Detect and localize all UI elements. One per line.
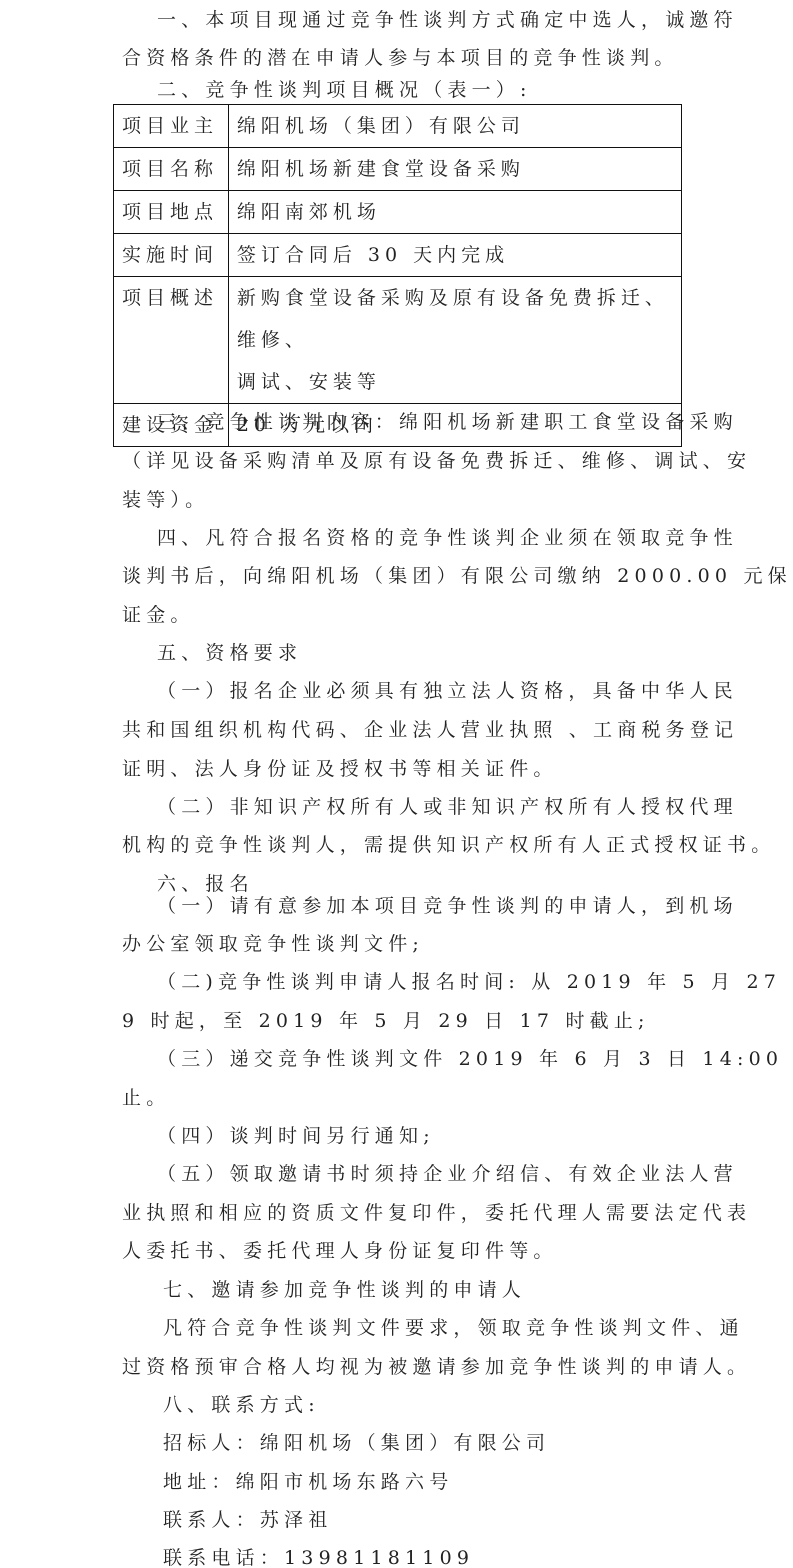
table-value: 新购食堂设备采购及原有设备免费拆迁、维修、 调试、安装等 <box>228 277 681 404</box>
section6-line10: 人委托书、委托代理人身份证复印件等。 <box>122 1239 682 1263</box>
table-value-line2: 调试、安装等 <box>237 361 673 403</box>
project-overview-table: 项目业主 绵阳机场（集团）有限公司 项目名称 绵阳机场新建食堂设备采购 项目地点… <box>113 104 682 447</box>
section6-line8: （五）领取邀请书时须持企业介绍信、有效企业法人营 <box>157 1162 717 1186</box>
contact-person: 联系人：苏泽祖 <box>163 1508 723 1532</box>
section4-line1: 四、凡符合报名资格的竞争性谈判企业须在领取竞争性 <box>157 526 717 550</box>
section3-line2: （详见设备采购清单及原有设备免费拆迁、维修、调试、安 <box>122 449 682 473</box>
section5-line3: 证明、法人身份证及授权书等相关证件。 <box>122 757 682 781</box>
section5-heading: 五、资格要求 <box>157 641 717 665</box>
section5-line4: （二）非知识产权所有人或非知识产权所有人授权代理 <box>157 795 717 819</box>
section6-line6: 止。 <box>122 1086 682 1110</box>
section6-line3: （二)竞争性谈判申请人报名时间: 从 2019 年 5 月 27 日 <box>157 970 717 994</box>
table-value: 绵阳机场（集团）有限公司 <box>228 105 681 148</box>
table-value-line1: 新购食堂设备采购及原有设备免费拆迁、维修、 <box>237 277 673 361</box>
section6-line7: （四）谈判时间另行通知; <box>157 1124 717 1148</box>
table-key: 项目名称 <box>114 148 229 191</box>
table-value: 签订合同后 30 天内完成 <box>228 234 681 277</box>
table-key: 实施时间 <box>114 234 229 277</box>
section6-line4: 9 时起，至 2019 年 5 月 29 日 17 时截止; <box>122 1009 682 1033</box>
table-value: 绵阳南郊机场 <box>228 191 681 234</box>
table-key: 项目地点 <box>114 191 229 234</box>
section5-line2: 共和国组织机构代码、企业法人营业执照 、工商税务登记 <box>122 718 682 742</box>
table-row: 项目地点 绵阳南郊机场 <box>114 191 682 234</box>
section1-line1: 一、本项目现通过竞争性谈判方式确定中选人，诚邀符 <box>157 8 717 32</box>
section8-heading: 八、联系方式: <box>163 1393 723 1417</box>
section6-line1: （一）请有意参加本项目竞争性谈判的申请人，到机场 <box>157 894 717 918</box>
table-row: 项目业主 绵阳机场（集团）有限公司 <box>114 105 682 148</box>
section7-line2: 过资格预审合格人均视为被邀请参加竞争性谈判的申请人。 <box>122 1355 682 1379</box>
section6-line9: 业执照和相应的资质文件复印件，委托代理人需要法定代表 <box>122 1201 682 1225</box>
table-row: 实施时间 签订合同后 30 天内完成 <box>114 234 682 277</box>
section6-line2: 办公室领取竞争性谈判文件; <box>122 932 682 956</box>
section3-line3: 装等）。 <box>122 488 682 512</box>
table-value: 绵阳机场新建食堂设备采购 <box>228 148 681 191</box>
table-row: 项目概述 新购食堂设备采购及原有设备免费拆迁、维修、 调试、安装等 <box>114 277 682 404</box>
section2-heading: 二、竞争性谈判项目概况（表一）: <box>157 78 717 102</box>
table-key: 项目概述 <box>114 277 229 404</box>
table-row: 项目名称 绵阳机场新建食堂设备采购 <box>114 148 682 191</box>
section1-line2: 合资格条件的潜在申请人参与本项目的竞争性谈判。 <box>122 46 682 70</box>
section6-line5: （三）递交竞争性谈判文件 2019 年 6 月 3 日 14:00 时截 <box>157 1047 717 1071</box>
section6-heading: 六、报名 <box>157 872 717 896</box>
section5-line1: （一）报名企业必须具有独立法人资格，具备中华人民 <box>157 679 717 703</box>
section4-line3: 证金。 <box>122 603 682 627</box>
section5-line5: 机构的竞争性谈判人，需提供知识产权所有人正式授权证书。 <box>122 833 682 857</box>
contact-tenderer: 招标人：绵阳机场（集团）有限公司 <box>163 1431 723 1455</box>
table-key: 项目业主 <box>114 105 229 148</box>
section7-heading: 七、邀请参加竞争性谈判的申请人 <box>163 1278 723 1302</box>
contact-phone: 联系电话：13981181109 <box>163 1546 723 1568</box>
contact-address: 地址：绵阳市机场东路六号 <box>163 1470 723 1494</box>
section7-line1: 凡符合竞争性谈判文件要求，领取竞争性谈判文件、通 <box>163 1316 723 1340</box>
section4-line2: 谈判书后，向绵阳机场（集团）有限公司缴纳 2000.00 元保 <box>122 564 682 588</box>
section3-line1: 三、竞争性谈判内容：绵阳机场新建职工食堂设备采购 <box>157 410 717 434</box>
